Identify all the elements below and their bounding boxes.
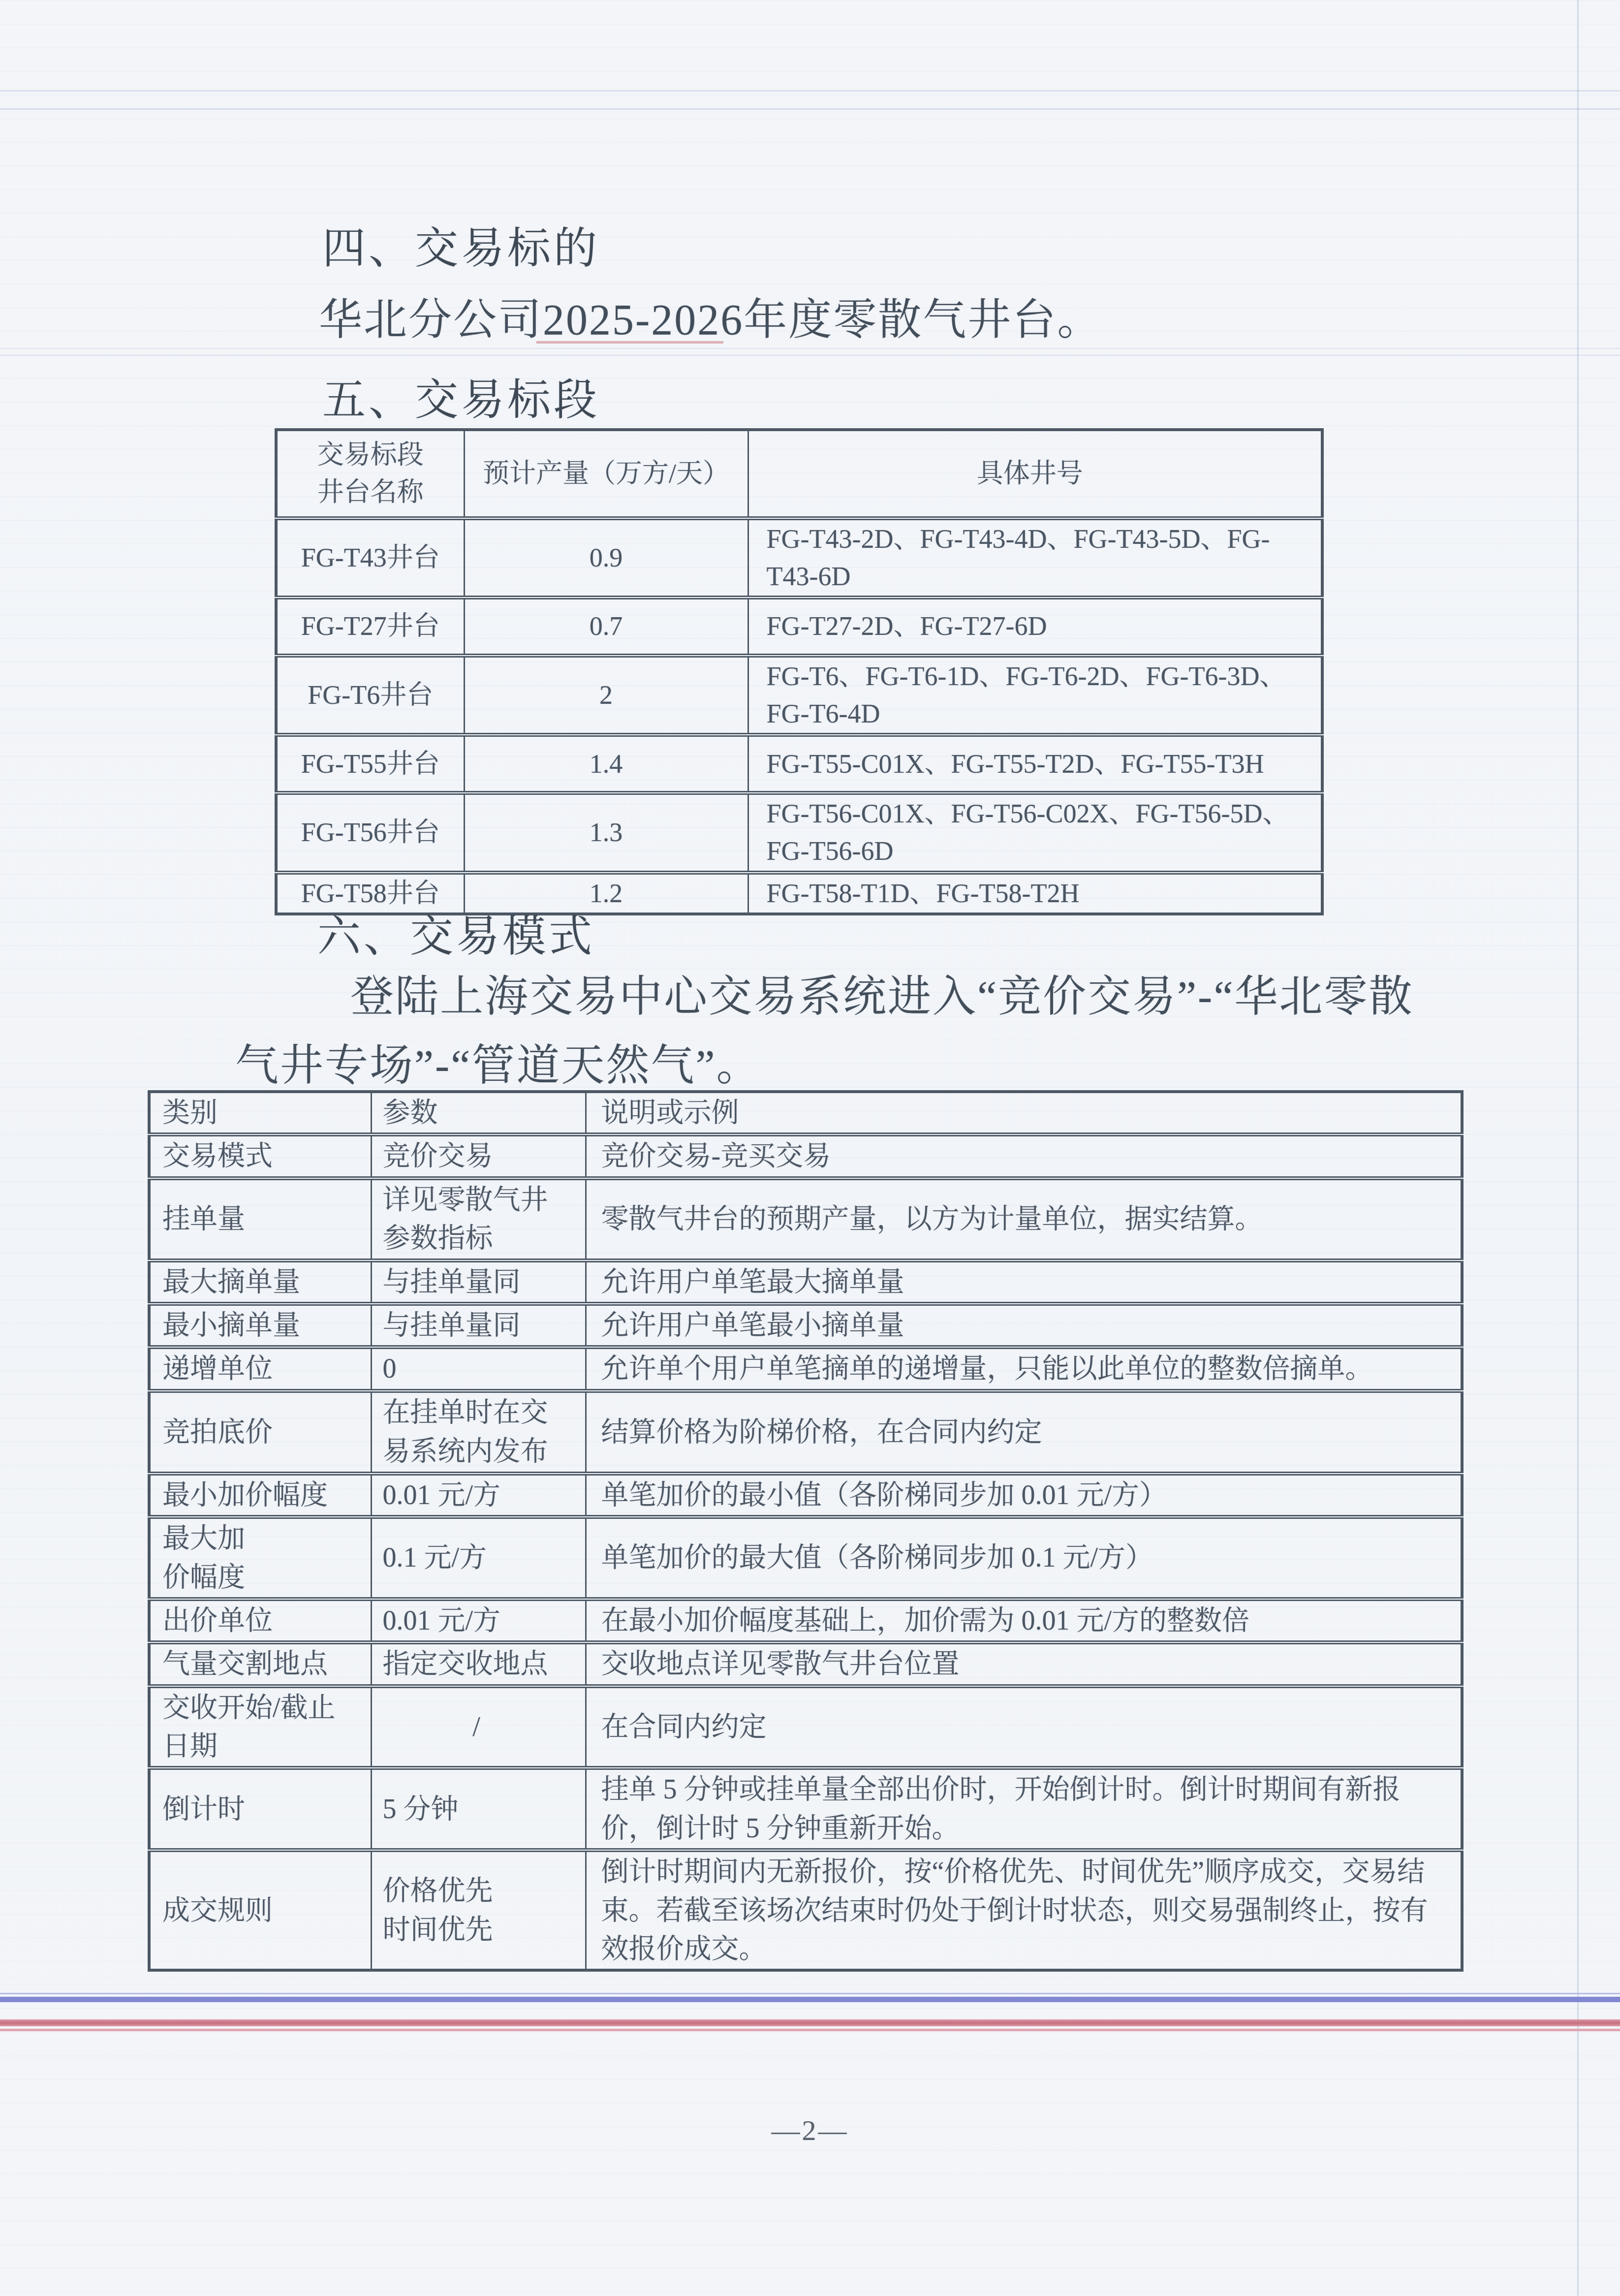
description-cell: 在最小加价幅度基础上，加价需为 0.01 元/方的整数倍 [586,1599,1462,1642]
wells-cell: FG-T6、FG-T6-1D、FG-T6-2D、FG-T6-3D、FG-T6-4… [748,656,1322,735]
description-cell: 竞价交易-竞买交易 [586,1134,1462,1178]
scan-line [0,90,1620,92]
category-cell: 递增单位 [149,1347,371,1390]
red-underline-artifact [536,341,723,344]
wells-cell: FG-T58-T1D、FG-T58-T2H [748,873,1322,914]
description-cell: 挂单 5 分钟或挂单量全部出价时，开始倒计时。倒计时期间有新报价，倒计时 5 分… [586,1768,1462,1850]
category-cell: 挂单量 [149,1178,371,1260]
description-cell: 结算价格为阶梯价格，在合同内约定 [586,1391,1462,1474]
category-cell: 最小加价幅度 [149,1474,371,1517]
description-cell: 允许用户单笔最大摘单量 [586,1260,1462,1304]
table-row: 成交规则 价格优先 时间优先 倒计时期间内无新报价，按“价格优先、时间优先”顺序… [149,1850,1462,1970]
category-cell: 成交规则 [149,1850,371,1970]
table-row: 最小摘单量 与挂单量同 允许用户单笔最小摘单量 [149,1304,1462,1347]
red-rule [0,2019,1620,2026]
pink-rule [0,2029,1620,2031]
category-cell: 倒计时 [149,1768,371,1850]
section-heading-4: 四、交易标的 [322,224,600,274]
parameter-cell: 在挂单时在交 易系统内发布 [371,1391,586,1474]
table-row: FG-T58井台 1.2 FG-T58-T1D、FG-T58-T2H [276,873,1322,914]
well-platforms-table: 交易标段 井台名称 预计产量（万方/天） 具体井号 FG-T43井台 0.9 F… [275,428,1324,915]
parameter-cell: 价格优先 时间优先 [371,1850,586,1970]
parameter-cell: 与挂单量同 [371,1260,586,1304]
parameter-cell: 0.1 元/方 [371,1517,586,1599]
column-header-output: 预计产量（万方/天） [464,430,748,518]
category-cell: 最大加 价幅度 [149,1517,371,1599]
parameter-cell: 竞价交易 [371,1134,586,1178]
output-cell: 0.9 [464,518,748,598]
description-cell: 零散气井台的预期产量，以方为计量单位，据实结算。 [586,1178,1462,1260]
output-cell: 1.4 [464,735,748,793]
table-row: FG-T43井台 0.9 FG-T43-2D、FG-T43-4D、FG-T43-… [276,518,1322,598]
category-cell: 交收开始/截止 日期 [149,1686,371,1768]
output-cell: 1.2 [464,873,748,914]
parameter-cell: 0 [371,1347,586,1390]
table-row: 递增单位 0 允许单个用户单笔摘单的递增量，只能以此单位的整数倍摘单。 [149,1347,1462,1390]
wells-cell: FG-T55-C01X、FG-T55-T2D、FG-T55-T3H [748,735,1322,793]
parameter-cell: 0.01 元/方 [371,1474,586,1517]
purple-rule [0,1997,1620,2002]
table-row: 倒计时 5 分钟 挂单 5 分钟或挂单量全部出价时，开始倒计时。倒计时期间有新报… [149,1768,1462,1850]
output-cell: 2 [464,656,748,735]
table-row: 最大摘单量 与挂单量同 允许用户单笔最大摘单量 [149,1260,1462,1304]
page-edge-line [1577,0,1579,2296]
table-header-row: 类别 参数 说明或示例 [149,1092,1462,1134]
column-header-parameter: 参数 [371,1092,586,1134]
description-cell: 单笔加价的最小值（各阶梯同步加 0.01 元/方） [586,1474,1462,1517]
section-heading-5: 五、交易标段 [322,376,600,425]
description-cell: 交收地点详见零散气井台位置 [586,1642,1462,1686]
column-header-wells: 具体井号 [748,430,1322,518]
section-heading-6: 六、交易模式 [317,912,595,962]
trade-parameters-table: 类别 参数 说明或示例 交易模式 竞价交易 竞价交易-竞买交易 挂单量 详见零散… [148,1090,1464,1972]
category-cell: 气量交割地点 [149,1642,371,1686]
paragraph-trade-mode-line1: 登陆上海交易中心交易系统进入“竞价交易”-“华北零散 [350,972,1413,1022]
platform-cell: FG-T6井台 [276,656,464,735]
parameter-cell: / [371,1686,586,1768]
category-cell: 竞拍底价 [149,1391,371,1474]
column-header-category: 类别 [149,1092,371,1134]
purple-rule-thin [0,1993,1620,1994]
table-row: 交易模式 竞价交易 竞价交易-竞买交易 [149,1134,1462,1178]
output-cell: 1.3 [464,793,748,872]
paragraph-trade-subject: 华北分公司2025-2026年度零散气井台。 [319,295,1102,345]
output-cell: 0.7 [464,598,748,656]
platform-cell: FG-T27井台 [276,598,464,656]
description-cell: 单笔加价的最大值（各阶梯同步加 0.1 元/方） [586,1517,1462,1599]
table-row: 最大加 价幅度 0.1 元/方 单笔加价的最大值（各阶梯同步加 0.1 元/方） [149,1517,1462,1599]
table-row: 出价单位 0.01 元/方 在最小加价幅度基础上，加价需为 0.01 元/方的整… [149,1599,1462,1642]
description-cell: 在合同内约定 [586,1686,1462,1768]
table-row: 挂单量 详见零散气井 参数指标 零散气井台的预期产量，以方为计量单位，据实结算。 [149,1178,1462,1260]
parameter-cell: 0.01 元/方 [371,1599,586,1642]
description-cell: 倒计时期间内无新报价，按“价格优先、时间优先”顺序成交，交易结束。若截至该场次结… [586,1850,1462,1970]
table-row: 交收开始/截止 日期 / 在合同内约定 [149,1686,1462,1768]
table-row: FG-T55井台 1.4 FG-T55-C01X、FG-T55-T2D、FG-T… [276,735,1322,793]
scan-line [0,355,1620,356]
category-cell: 出价单位 [149,1599,371,1642]
wells-cell: FG-T27-2D、FG-T27-6D [748,598,1322,656]
table-row: FG-T56井台 1.3 FG-T56-C01X、FG-T56-C02X、FG-… [276,793,1322,872]
category-cell: 交易模式 [149,1134,371,1178]
description-cell: 允许单个用户单笔摘单的递增量，只能以此单位的整数倍摘单。 [586,1347,1462,1390]
column-header-platform: 交易标段 井台名称 [276,430,464,518]
platform-cell: FG-T43井台 [276,518,464,598]
platform-cell: FG-T58井台 [276,873,464,914]
paragraph-trade-mode-line2: 气井专场”-“管道天然气”。 [235,1041,761,1091]
table-row: 气量交割地点 指定交收地点 交收地点详见零散气井台位置 [149,1642,1462,1686]
column-header-description: 说明或示例 [586,1092,1462,1134]
wells-cell: FG-T43-2D、FG-T43-4D、FG-T43-5D、FG-T43-6D [748,518,1322,598]
table-header-row: 交易标段 井台名称 预计产量（万方/天） 具体井号 [276,430,1322,518]
wells-cell: FG-T56-C01X、FG-T56-C02X、FG-T56-5D、 FG-T5… [748,793,1322,872]
table-row: FG-T27井台 0.7 FG-T27-2D、FG-T27-6D [276,598,1322,656]
table-row: FG-T6井台 2 FG-T6、FG-T6-1D、FG-T6-2D、FG-T6-… [276,656,1322,735]
table-row: 最小加价幅度 0.01 元/方 单笔加价的最小值（各阶梯同步加 0.01 元/方… [149,1474,1462,1517]
category-cell: 最小摘单量 [149,1304,371,1347]
parameter-cell: 与挂单量同 [371,1304,586,1347]
scan-line [0,348,1620,349]
parameter-cell: 5 分钟 [371,1768,586,1850]
document-page: 四、交易标的 华北分公司2025-2026年度零散气井台。 五、交易标段 交易标… [0,0,1620,2296]
parameter-cell: 指定交收地点 [371,1642,586,1686]
scan-line [0,108,1620,110]
parameter-cell: 详见零散气井 参数指标 [371,1178,586,1260]
platform-cell: FG-T56井台 [276,793,464,872]
table-row: 竞拍底价 在挂单时在交 易系统内发布 结算价格为阶梯价格，在合同内约定 [149,1391,1462,1474]
category-cell: 最大摘单量 [149,1260,371,1304]
platform-cell: FG-T55井台 [276,735,464,793]
page-number: —2— [0,2114,1620,2147]
description-cell: 允许用户单笔最小摘单量 [586,1304,1462,1347]
